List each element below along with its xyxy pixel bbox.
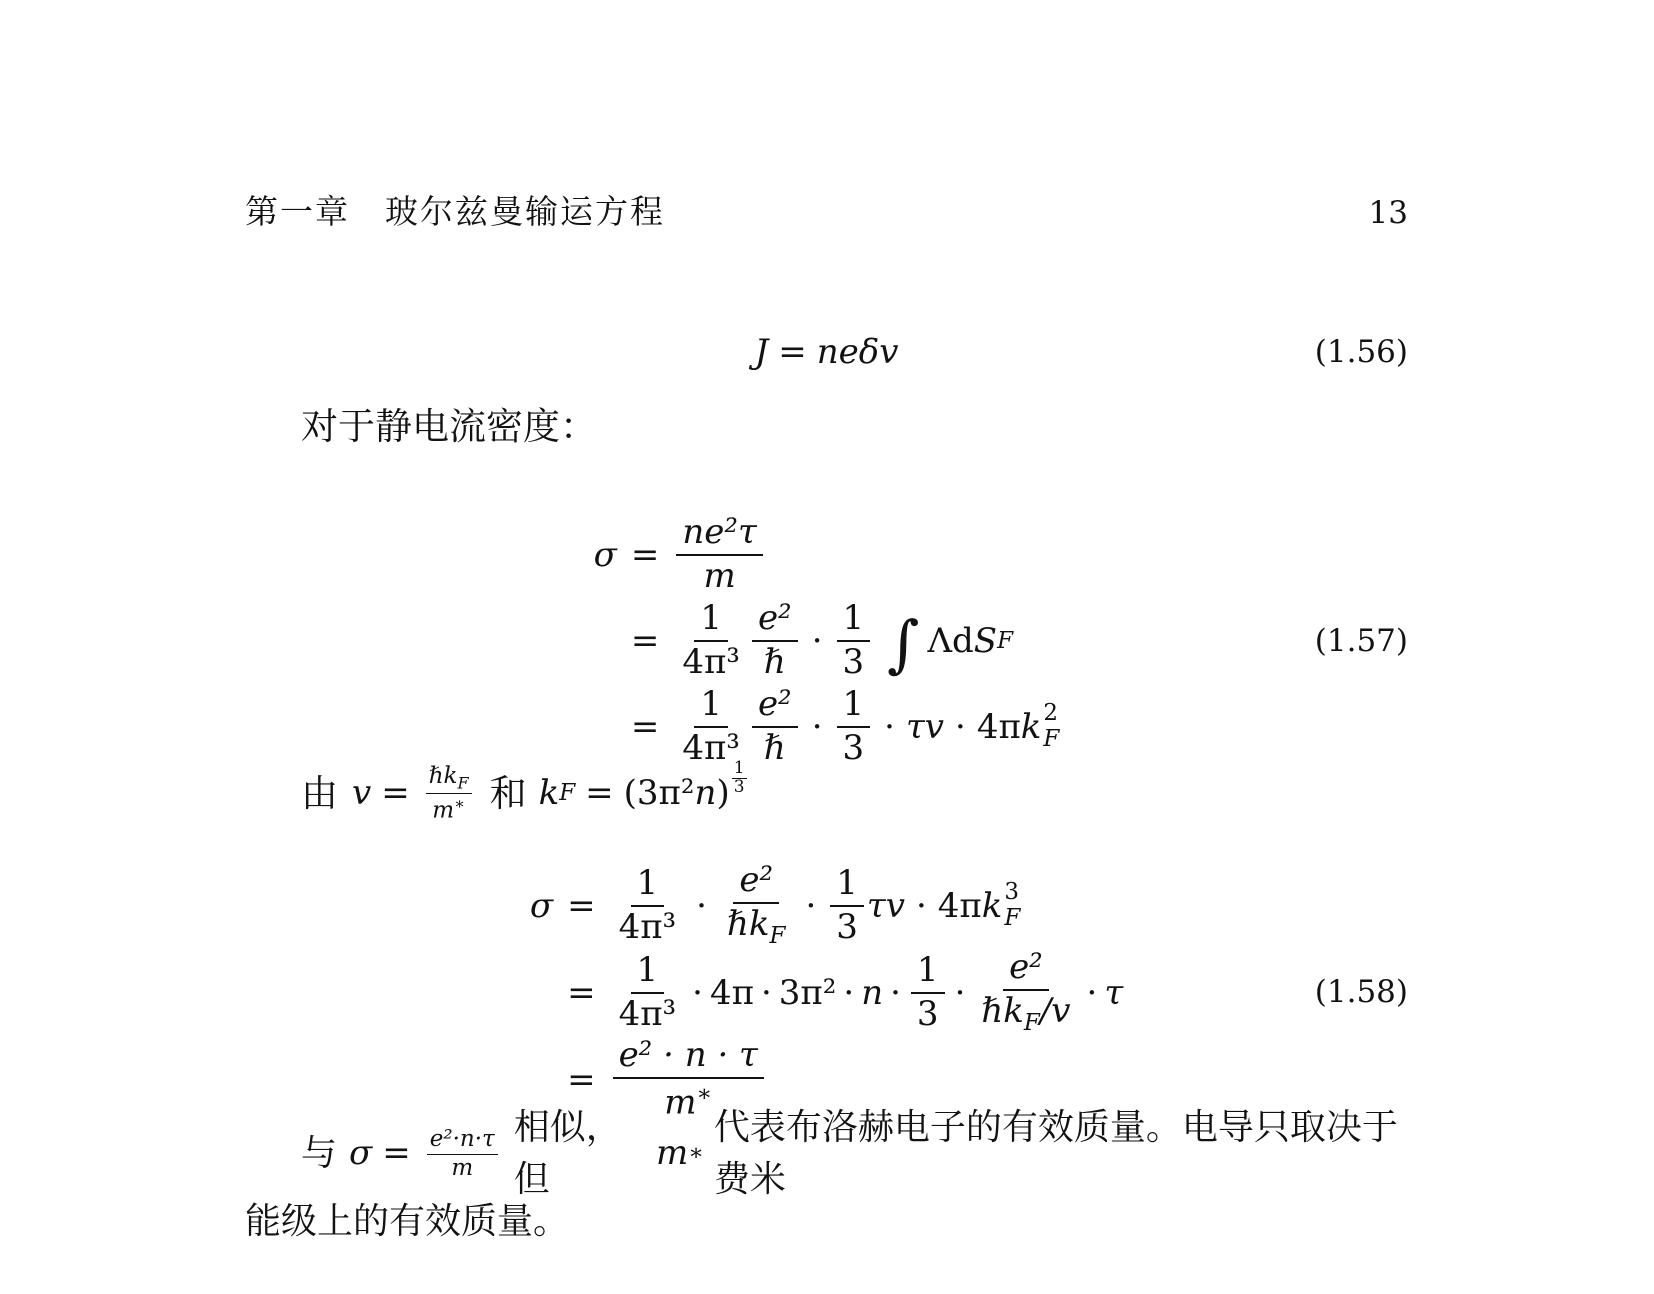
tau-v-term: τv	[906, 707, 944, 747]
paragraph-given: 由 v = ℏkF m∗ 和 k F = ( 3π² n ) 1 3	[245, 762, 1408, 826]
final-pre-text: 与	[301, 1128, 337, 1180]
page-number: 13	[1369, 195, 1408, 231]
eq156-lhs: J	[755, 332, 769, 372]
equals-sign-text: =	[567, 973, 596, 1013]
subscript: F	[1043, 727, 1059, 753]
fraction-numerator: 1	[837, 687, 871, 728]
fraction: ne²τ m	[676, 515, 762, 594]
final-mid-text: 相似，但	[514, 1102, 646, 1206]
cdot-operator: ·	[812, 621, 823, 661]
fraction: 1 3	[837, 601, 871, 680]
denominator-tail: /v	[1040, 991, 1071, 1031]
exponent-numerator: 1	[732, 760, 747, 779]
coefficient-4pi: 4π	[710, 973, 754, 1013]
equation-1-58: σ = 1 4π³ · e² ℏkF · 1 3 τv · 4π k 3	[245, 862, 1408, 1123]
final-tail-text: 代表布洛赫电子的有效质量。电导只取决于费米	[714, 1102, 1408, 1206]
eq158-row1-rhs: 1 4π³ · e² ℏkF · 1 3 τv · 4π k 3 F	[610, 862, 1124, 949]
cdot-operator: ·	[916, 886, 927, 926]
denominator-main: m	[664, 1082, 696, 1122]
eq157-row1-rhs: ne²τ m	[673, 512, 1059, 598]
exponent-fraction: 1 3	[732, 760, 747, 797]
fraction-denominator: ℏkF/v	[975, 991, 1076, 1035]
equals-sign: =	[381, 769, 410, 818]
equals-sign-text: =	[567, 886, 596, 926]
close-paren: )	[716, 769, 729, 818]
cdot-operator: ·	[812, 707, 823, 747]
cdot-operator: ·	[890, 973, 901, 1013]
cdot-operator: ·	[761, 973, 772, 1013]
sigma-symbol: σ	[594, 535, 617, 575]
fraction-numerator: e²	[752, 687, 798, 728]
fraction-denominator: 4π³	[613, 994, 683, 1033]
fraction: e² ℏkF	[721, 863, 791, 948]
fraction-numerator: e² · n · τ	[613, 1038, 764, 1079]
fraction-denominator: m	[697, 556, 741, 595]
coefficient-3pi2: 3π²	[637, 769, 695, 818]
fraction-denominator: 4π³	[613, 907, 683, 946]
eq156-rhs: neδv	[817, 332, 899, 372]
fraction-numerator: 1	[631, 866, 665, 907]
coefficient-3pi2: 3π²	[779, 973, 837, 1013]
eq157-row1-lhs: σ	[594, 512, 617, 598]
fraction: 1 4π³	[613, 953, 683, 1032]
open-paren: (	[624, 769, 637, 818]
n-variable: n	[861, 973, 883, 1013]
equals-sign: =	[585, 769, 614, 818]
cdot-operator: ·	[692, 973, 703, 1013]
tau-v-term: τv	[867, 886, 905, 926]
denominator-superscript: ∗	[454, 794, 465, 813]
equals-sign-text: =	[567, 1060, 596, 1100]
eq158-row1-lhs: σ	[530, 862, 553, 949]
cdot-operator: ·	[696, 886, 707, 926]
paragraph-intro-text: 对于静电流密度：	[301, 405, 597, 448]
fraction: 1 3	[837, 687, 871, 766]
fraction: 1 3	[911, 953, 945, 1032]
equals-sign-text: =	[631, 535, 660, 575]
eq157-row3-lhs	[594, 684, 617, 770]
chapter-title: 第一章 玻尔兹曼输运方程	[245, 186, 665, 233]
k-variable: k	[982, 886, 1003, 926]
fraction-numerator: 1	[694, 687, 728, 728]
denominator-main: m	[432, 798, 454, 824]
fraction: e² ℏkF/v	[975, 950, 1076, 1035]
fraction-numerator: ne²τ	[676, 515, 762, 556]
equals-sign-text: =	[631, 621, 660, 661]
superscript: 2	[1043, 701, 1058, 727]
fraction-denominator: 3	[911, 994, 945, 1033]
coefficient-4pi: 4π	[938, 886, 982, 926]
final-line2-text: 能级上的有效质量。	[245, 1201, 569, 1242]
tau-variable: τ	[1104, 973, 1123, 1013]
fraction: 1 3	[830, 866, 864, 945]
equals-sign: =	[553, 949, 610, 1036]
denominator-superscript: ∗	[697, 1081, 713, 1107]
equation-1-56: J = neδv (1.56)	[245, 322, 1408, 382]
kf-variable: k	[539, 769, 560, 818]
fraction-numerator: e²	[1003, 950, 1049, 991]
sup-sub-stack: 3 F	[1004, 880, 1020, 932]
fraction-denominator: 3	[837, 642, 871, 681]
fraction: 1 4π³	[676, 687, 746, 766]
fraction: 1 4π³	[676, 601, 746, 680]
fraction-denominator: ℏ	[758, 642, 792, 681]
v-variable: v	[352, 769, 371, 818]
eq158-number: (1.58)	[1315, 974, 1408, 1010]
equals-sign-text: =	[631, 707, 660, 747]
equals-sign: =	[617, 684, 674, 770]
kf-subscript: F	[559, 777, 575, 810]
eq156-number: (1.56)	[1315, 334, 1408, 370]
equals-sign: =	[553, 862, 610, 949]
denominator-subscript: F	[769, 923, 785, 949]
equation-1-57: σ = ne²τ m = 1 4π³ e² ℏ · 1 3	[245, 512, 1408, 770]
fraction: e² ℏ	[752, 601, 798, 680]
eq157-row3-rhs: 1 4π³ e² ℏ · 1 3 · τv · 4π k 2 F	[673, 684, 1059, 770]
cdot-operator: ·	[884, 707, 895, 747]
equals-sign: =	[382, 1129, 411, 1178]
numerator-subscript: F	[457, 773, 468, 792]
fraction-numerator: e²	[752, 601, 798, 642]
equals-sign: =	[617, 598, 674, 684]
eq157-row2-rhs: 1 4π³ e² ℏ · 1 3 ∫ Λd S F	[673, 598, 1059, 684]
inline-fraction: ℏkF m∗	[426, 764, 472, 825]
n-variable: n	[695, 769, 717, 818]
given-mid-text: 和	[490, 767, 527, 821]
inline-fraction: e²·n·τ m	[427, 1127, 498, 1182]
paragraph-final-line2: 能级上的有效质量。	[245, 1196, 1408, 1248]
eq158-row2-rhs: 1 4π³ · 4π · 3π² · n · 1 3 · e² ℏkF/v · …	[610, 949, 1124, 1036]
superscript: 3	[1004, 880, 1019, 906]
subscript: F	[1004, 906, 1020, 932]
fraction-denominator: ℏ	[758, 728, 792, 767]
fraction: e² ℏ	[752, 687, 798, 766]
m-star-variable: m	[656, 1129, 688, 1178]
eq157-row2-lhs	[594, 598, 617, 684]
cdot-operator: ·	[955, 707, 966, 747]
equals-sign: =	[617, 512, 674, 598]
page-header: 第一章 玻尔兹曼输运方程 13	[245, 186, 1408, 233]
eq157-number: (1.57)	[1315, 623, 1408, 659]
denominator-main: ℏk	[981, 991, 1024, 1031]
eq158-row2-lhs	[530, 949, 553, 1036]
fraction-denominator: m∗	[658, 1079, 718, 1121]
integrand-variable: S	[974, 621, 997, 661]
fraction-denominator: m	[448, 1155, 476, 1182]
fraction-denominator: m∗	[429, 794, 468, 824]
equals-sign: =	[778, 332, 807, 372]
paragraph-final-line1: 与 σ = e²·n·τ m 相似，但 m ∗ 代表布洛赫电子的有效质量。电导只…	[245, 1122, 1408, 1186]
denominator-subscript: F	[1024, 1010, 1040, 1036]
document-page: 第一章 玻尔兹曼输运方程 13 J = neδv (1.56) 对于静电流密度：…	[0, 0, 1654, 1294]
sigma-symbol: σ	[349, 1129, 372, 1178]
fraction-numerator: 1	[631, 953, 665, 994]
exponent-denominator: 3	[734, 779, 745, 797]
paragraph-intro: 对于静电流密度：	[245, 400, 1408, 454]
fraction-numerator: ℏkF	[426, 764, 472, 795]
cdot-operator: ·	[843, 973, 854, 1013]
fraction-denominator: 3	[830, 907, 864, 946]
cdot-operator: ·	[805, 886, 816, 926]
cdot-operator: ·	[955, 973, 966, 1013]
fraction-numerator: 1	[911, 953, 945, 994]
fraction: 1 4π³	[613, 866, 683, 945]
cdot-operator: ·	[1087, 973, 1098, 1013]
m-star-superscript: ∗	[688, 1137, 704, 1170]
integrand-subscript: F	[997, 628, 1013, 654]
numerator-main: ℏk	[429, 763, 458, 789]
fraction-numerator: 1	[830, 866, 864, 907]
coefficient-4pi: 4π	[977, 707, 1021, 747]
k-variable: k	[1021, 707, 1042, 747]
denominator-main: ℏk	[727, 904, 770, 944]
integrand-roman: Λd	[927, 621, 973, 661]
fraction-numerator: 1	[694, 601, 728, 642]
sup-sub-stack: 2 F	[1043, 701, 1059, 753]
fraction-denominator: ℏkF	[721, 904, 791, 948]
fraction-numerator: 1	[837, 601, 871, 642]
fraction-denominator: 4π³	[676, 642, 746, 681]
given-pre-text: 由	[301, 767, 338, 821]
sigma-symbol: σ	[530, 886, 553, 926]
fraction-numerator: e²	[733, 863, 779, 904]
fraction-denominator: 3	[837, 728, 871, 767]
fraction-numerator: e²·n·τ	[427, 1127, 498, 1155]
